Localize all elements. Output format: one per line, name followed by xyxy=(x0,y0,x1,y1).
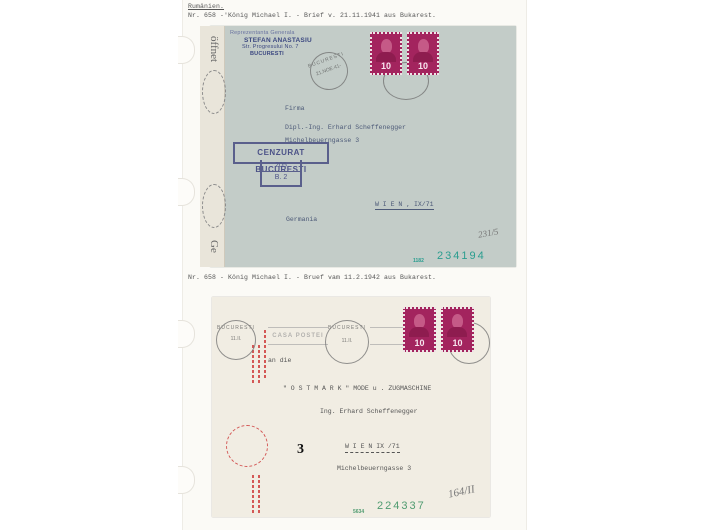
censor-mark-number: 205 B. 2 xyxy=(260,160,302,187)
address-line: Ing. Erhard Scheffenegger xyxy=(320,408,418,415)
red-censor-lines xyxy=(252,475,254,513)
stamp: 10 xyxy=(407,32,439,75)
red-censor-lines xyxy=(258,475,260,513)
registration-number: 224337 xyxy=(377,500,426,512)
address-line: Firma xyxy=(285,105,305,112)
stamp: 10 xyxy=(370,32,402,75)
entry-caption: Nr. 658 - König Michael I. - Bruef vam 1… xyxy=(188,274,436,281)
address-line: Dipl.-Ing. Erhard Scheffenegger xyxy=(285,124,406,131)
registration-prefix: 5634 xyxy=(353,509,364,515)
slogan-cancel: CASA POSTEI xyxy=(268,327,328,345)
postmark: BUCURESTI 11.II. xyxy=(325,320,369,364)
censor-tape: öffnet Ge xyxy=(200,26,225,267)
postmark: BUCURESTI 11.II. xyxy=(216,320,256,360)
registration-number: 234194 xyxy=(437,250,486,262)
stamp: 10 xyxy=(441,307,474,352)
address-intro: an die xyxy=(268,357,291,364)
address-country: Germania xyxy=(286,216,317,223)
censor-tape-text: Ge xyxy=(208,240,220,253)
country-heading: Rumänien. xyxy=(188,3,224,10)
stamp: 10 xyxy=(403,307,436,352)
handwritten-mark: 3 xyxy=(297,442,304,458)
red-censor-seal xyxy=(226,425,268,467)
censor-seal xyxy=(202,70,226,114)
censor-seal xyxy=(202,184,226,228)
entry-caption: Nr. 658 -'König Michael I. - Brief v. 21… xyxy=(188,12,436,19)
red-censor-lines xyxy=(264,330,266,380)
address-city: W I E N IX /71 xyxy=(345,443,400,453)
censor-tape-text: öffnet xyxy=(208,36,220,62)
red-censor-lines xyxy=(258,345,260,385)
registration-prefix: 1182 xyxy=(413,258,424,264)
sender-imprint: Reprezentanta Generala STEFAN ANASTASIU … xyxy=(230,30,312,58)
address-city: W I E N , IX/71 xyxy=(375,201,434,210)
address-street: Michelbeuerngasse 3 xyxy=(337,465,411,472)
address-line: " O S T M A R K " MODE u . ZUGMASCHINE xyxy=(283,385,431,392)
